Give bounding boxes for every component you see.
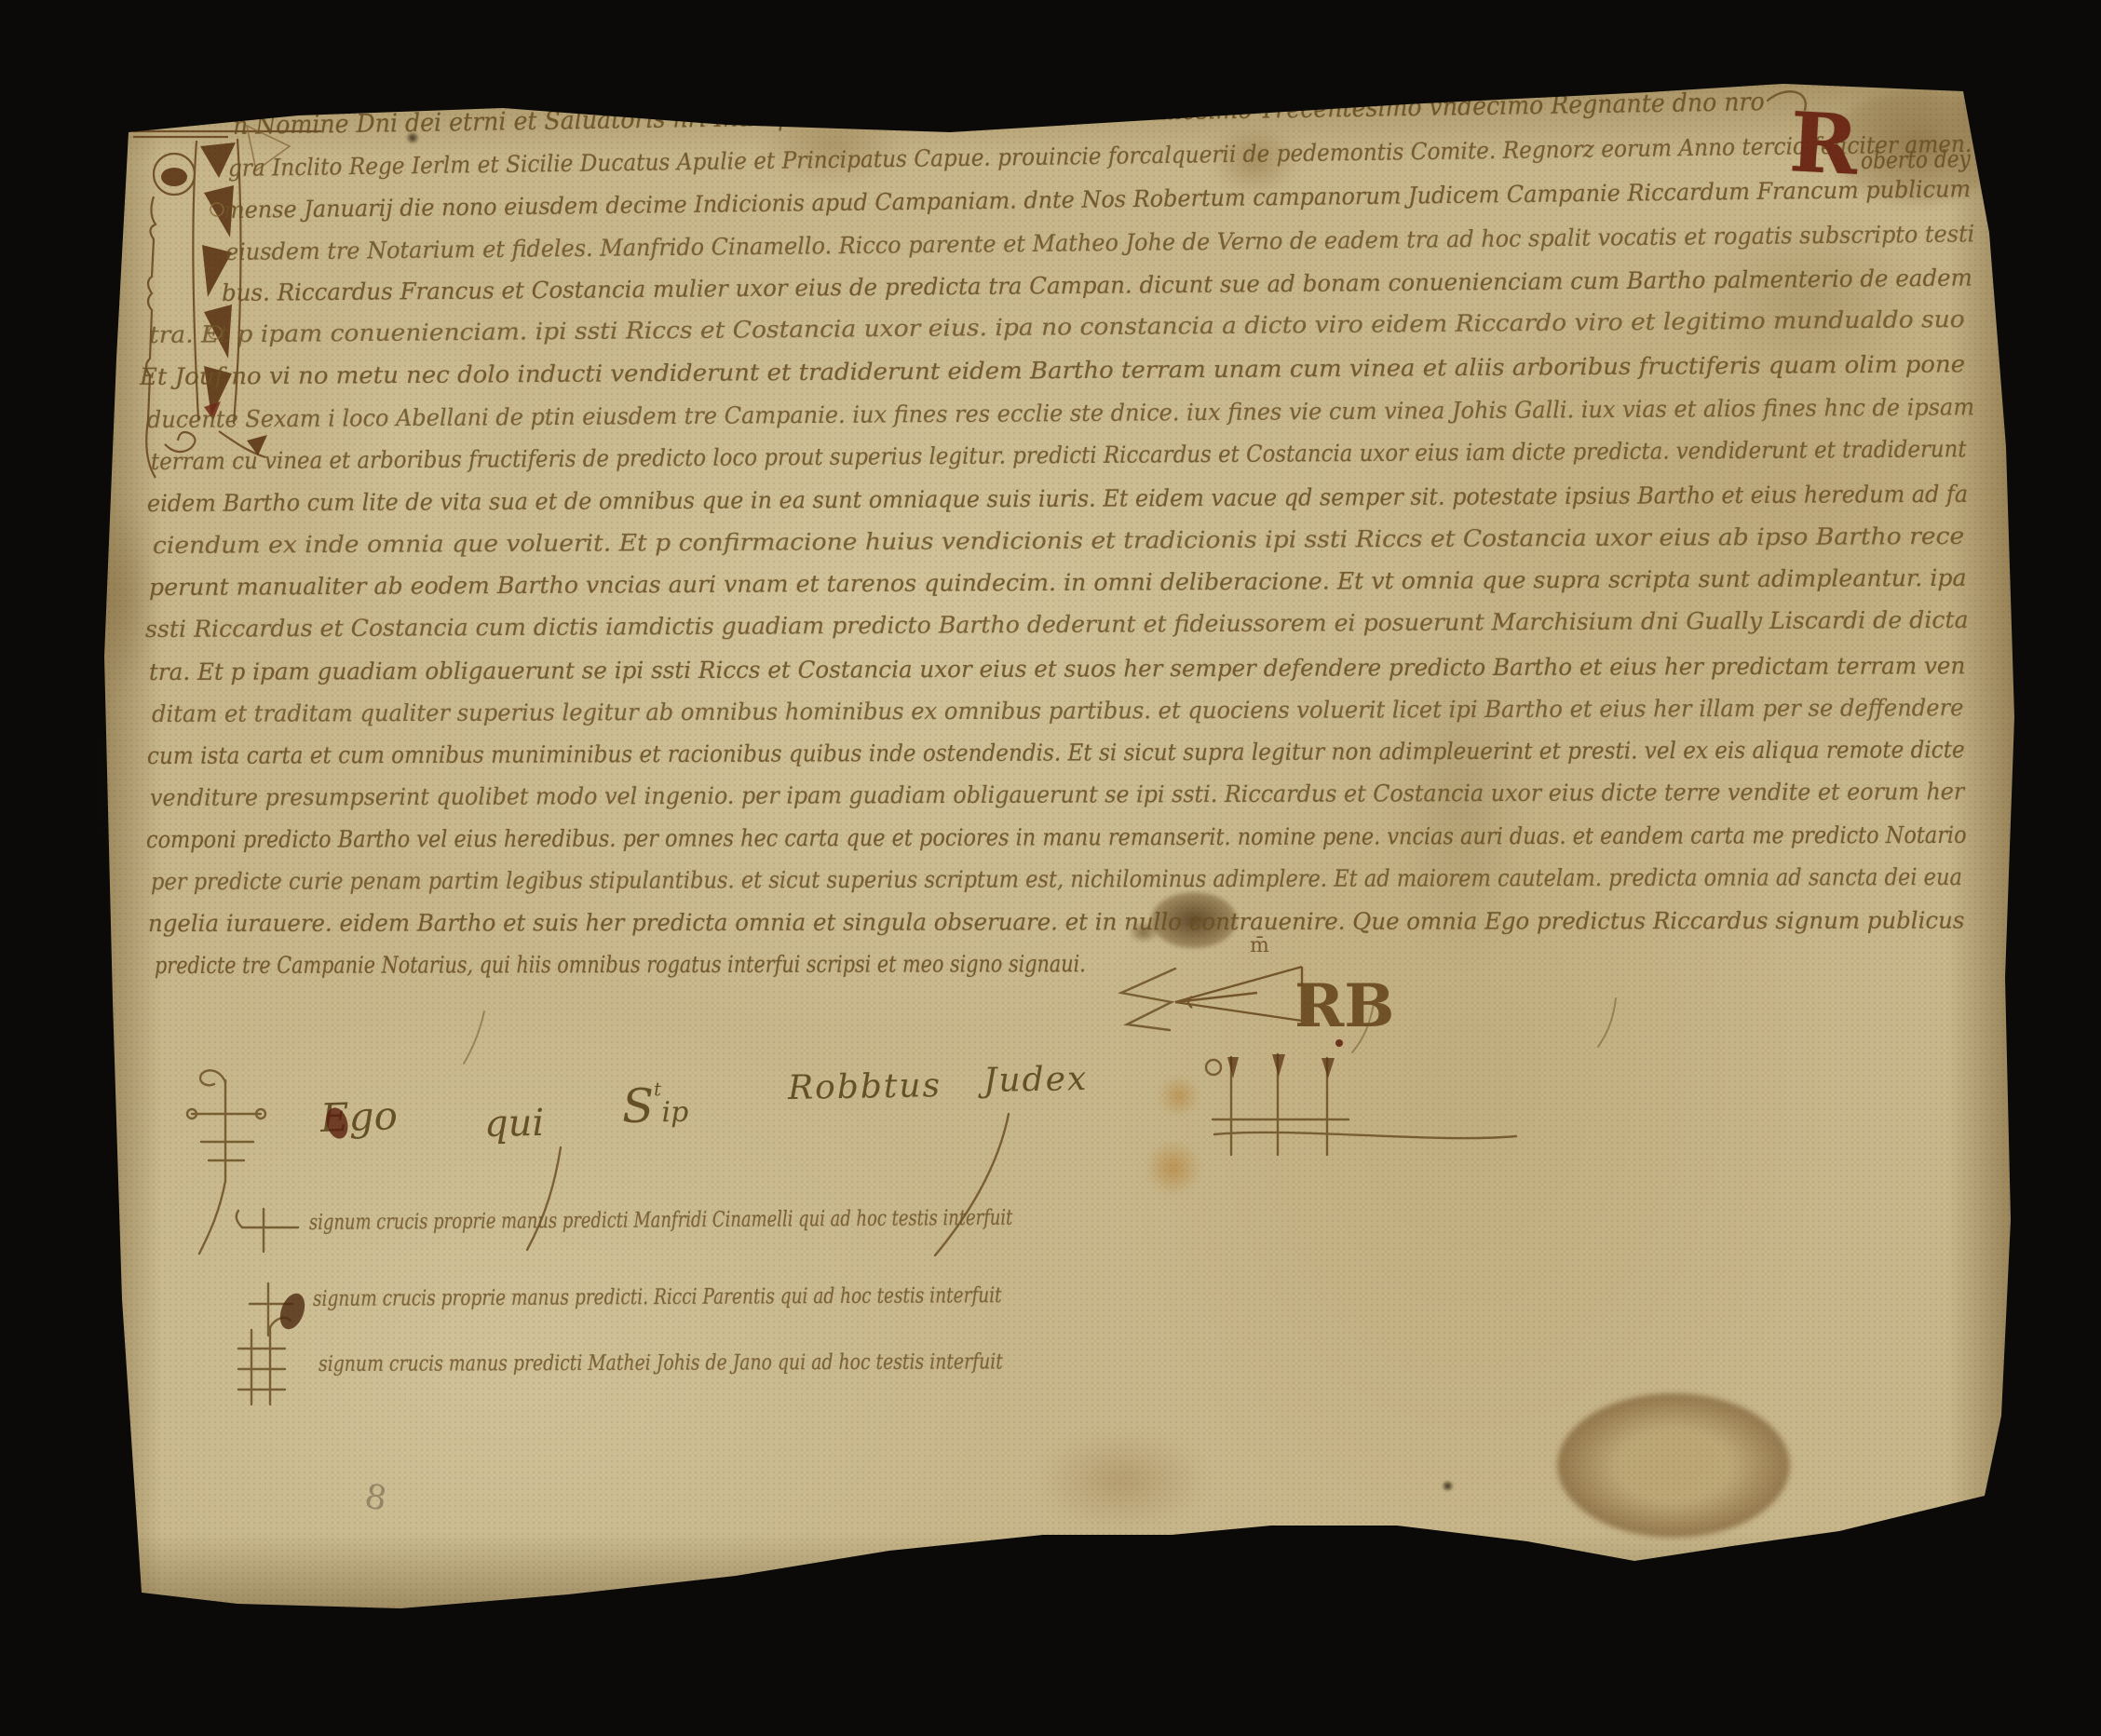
parchment-sheet: n Nomine Dni dei etrni et Saluatoris nri… xyxy=(0,0,2101,1736)
photo-backing-cloth: n Nomine Dni dei etrni et Saluatoris nri… xyxy=(0,0,2101,1736)
parchment-grain-texture xyxy=(0,0,2101,1736)
